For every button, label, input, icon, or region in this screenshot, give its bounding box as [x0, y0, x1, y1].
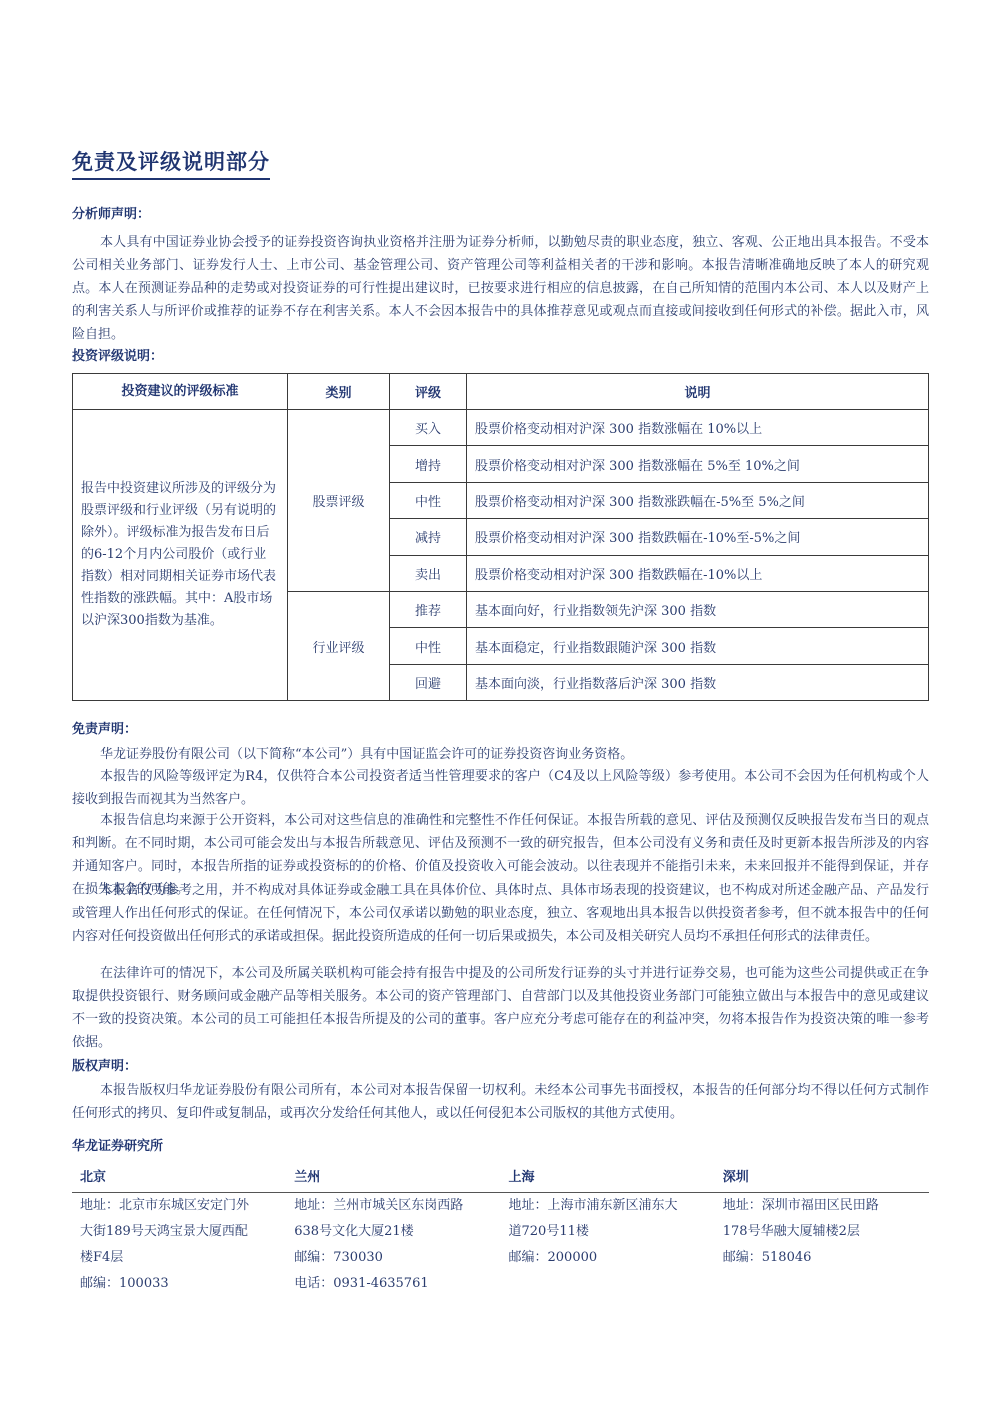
office-line: 电话：0931-4635761 [294, 1271, 500, 1297]
office-line: 地址：兰州市城关区东岗西路 [294, 1193, 500, 1219]
office-city: 北京 [72, 1164, 286, 1192]
disclaimer-paragraph: 在法律许可的情况下，本公司及所属关联机构可能会持有报告中提及的公司所发行证券的头… [72, 962, 929, 1054]
office-header-row: 北京 兰州 上海 深圳 [72, 1164, 929, 1193]
header-description: 说明 [467, 374, 929, 410]
office-line: 地址：北京市东城区安定门外 [80, 1193, 286, 1219]
header-rating: 评级 [390, 374, 467, 410]
disclaimer-paragraph: 本报告仅为参考之用，并不构成对具体证券或金融工具在具体价位、具体时点、具体市场表… [72, 879, 929, 948]
industry-category: 行业评级 [288, 591, 390, 700]
office-line: 邮编：200000 [509, 1245, 715, 1271]
disclaimer-paragraph: 华龙证券股份有限公司（以下简称“本公司”）具有中国证监会许可的证券投资咨询业务资… [72, 743, 929, 766]
rating-standard: 报告中投资建议所涉及的评级分为股票评级和行业评级（另有说明的除外）。评级标准为报… [73, 410, 288, 701]
stock-category: 股票评级 [288, 410, 390, 592]
rating-description: 基本面稳定，行业指数跟随沪深 300 指数 [467, 628, 929, 664]
office-details-row: 地址：北京市东城区安定门外 大街189号天鸿宝景大厦西配 楼F4层 邮编：100… [72, 1193, 929, 1297]
rating-value: 卖出 [390, 555, 467, 591]
office-line: 邮编：100033 [80, 1271, 286, 1297]
office-lanzhou: 地址：兰州市城关区东岗西路 638号文化大厦21楼 邮编：730030 电话：0… [286, 1193, 500, 1297]
rating-heading: 投资评级说明： [72, 345, 163, 364]
office-line: 大街189号天鸿宝景大厦西配 [80, 1219, 286, 1245]
rating-value: 推荐 [390, 591, 467, 627]
office-line: 邮编：518046 [723, 1245, 929, 1271]
office-shanghai: 地址：上海市浦东新区浦东大 道720号11楼 邮编：200000 [501, 1193, 715, 1297]
rating-value: 中性 [390, 482, 467, 518]
office-shenzhen: 地址：深圳市福田区民田路 178号华融大厦辅楼2层 邮编：518046 [715, 1193, 929, 1297]
office-list: 北京 兰州 上海 深圳 地址：北京市东城区安定门外 大街189号天鸿宝景大厦西配… [72, 1164, 929, 1297]
rating-table: 投资建议的评级标准 类别 评级 说明 报告中投资建议所涉及的评级分为股票评级和行… [72, 373, 929, 701]
rating-description: 基本面向淡，行业指数落后沪深 300 指数 [467, 664, 929, 700]
institute-heading: 华龙证券研究所 [72, 1135, 163, 1154]
office-line: 邮编：730030 [294, 1245, 500, 1271]
office-city: 上海 [501, 1164, 715, 1192]
office-line: 道720号11楼 [509, 1219, 715, 1245]
rating-value: 中性 [390, 628, 467, 664]
office-line: 楼F4层 [80, 1245, 286, 1271]
rating-value: 减持 [390, 519, 467, 555]
office-line: 地址：深圳市福田区民田路 [723, 1193, 929, 1219]
rating-value: 回避 [390, 664, 467, 700]
rating-description: 股票价格变动相对沪深 300 指数跌幅在-10%以上 [467, 555, 929, 591]
rating-description: 基本面向好，行业指数领先沪深 300 指数 [467, 591, 929, 627]
page-title: 免责及评级说明部分 [72, 146, 270, 180]
copyright-statement: 本报告版权归华龙证券股份有限公司所有，本公司对本报告保留一切权利。未经本公司事先… [72, 1079, 929, 1125]
office-city: 深圳 [715, 1164, 929, 1192]
rating-description: 股票价格变动相对沪深 300 指数涨幅在 5%至 10%之间 [467, 446, 929, 482]
office-city: 兰州 [286, 1164, 500, 1192]
analyst-statement: 本人具有中国证券业协会授予的证券投资咨询执业资格并注册为证券分析师，以勤勉尽责的… [72, 231, 929, 346]
table-header-row: 投资建议的评级标准 类别 评级 说明 [73, 374, 929, 410]
header-category: 类别 [288, 374, 390, 410]
rating-description: 股票价格变动相对沪深 300 指数涨跌幅在-5%至 5%之间 [467, 482, 929, 518]
office-line: 地址：上海市浦东新区浦东大 [509, 1193, 715, 1219]
copyright-heading: 版权声明： [72, 1055, 137, 1074]
disclaimer-paragraph: 本报告的风险等级评定为R4，仅供符合本公司投资者适当性管理要求的客户（C4及以上… [72, 765, 929, 811]
analyst-heading: 分析师声明： [72, 203, 150, 222]
disclaimer-heading: 免责声明： [72, 718, 137, 737]
rating-description: 股票价格变动相对沪深 300 指数涨幅在 10%以上 [467, 410, 929, 446]
rating-value: 增持 [390, 446, 467, 482]
rating-value: 买入 [390, 410, 467, 446]
rating-description: 股票价格变动相对沪深 300 指数跌幅在-10%至-5%之间 [467, 519, 929, 555]
office-line: 178号华融大厦辅楼2层 [723, 1219, 929, 1245]
office-line: 638号文化大厦21楼 [294, 1219, 500, 1245]
table-row: 报告中投资建议所涉及的评级分为股票评级和行业评级（另有说明的除外）。评级标准为报… [73, 410, 929, 446]
office-beijing: 地址：北京市东城区安定门外 大街189号天鸿宝景大厦西配 楼F4层 邮编：100… [72, 1193, 286, 1297]
header-standard: 投资建议的评级标准 [73, 374, 288, 410]
